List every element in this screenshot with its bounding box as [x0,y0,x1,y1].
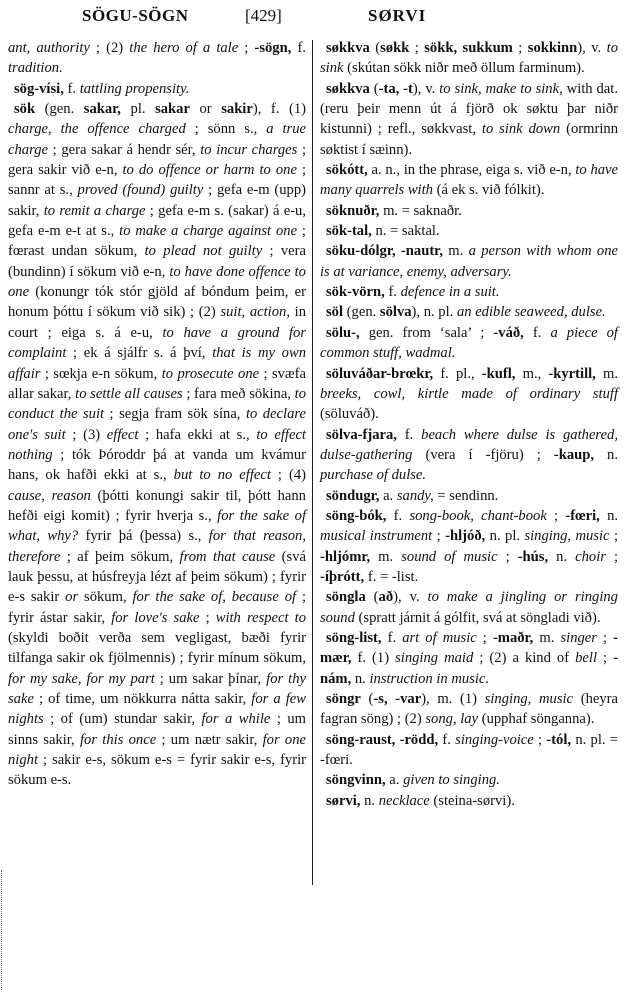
dictionary-entry: sök-vörn, f. defence in a suit. [320,282,618,302]
dictionary-entry: söng-raust, -rödd, f. singing-voice ; -t… [320,730,618,771]
dictionary-entry: söng-bók, f. song-book, chant-book ; -fœ… [320,506,618,587]
dictionary-entry: søkkva (søkk ; sökk, sukkum ; sokkinn), … [320,38,618,79]
dictionary-entry: söng-list, f. art of music ; -maðr, m. s… [320,628,618,689]
dictionary-entry: söngla (að), v. to make a jingling or ri… [320,587,618,628]
column-divider [312,40,313,885]
dictionary-entry: sökótt, a. n., in the phrase, eiga s. vi… [320,160,618,201]
dictionary-entry: söngvinn, a. given to singing. [320,770,618,790]
dictionary-entry: sölva-fjara, f. beach where dulse is gat… [320,425,618,486]
dictionary-entry: söndugr, a. sandy, = sendinn. [320,486,618,506]
dictionary-entry: sørvi, n. necklace (steina-sørvi). [320,791,618,811]
dictionary-entry: sök-tal, n. = saktal. [320,221,618,241]
right-column: søkkva (søkk ; sökk, sukkum ; sokkinn), … [320,38,618,811]
right-guideword: SØRVI [368,6,426,26]
dictionary-entry: söl (gen. sölva), n. pl. an edible seawe… [320,302,618,322]
page-header: SÖGU-SÖGN [429] SØRVI [0,6,625,32]
page-number: [429] [245,6,282,26]
left-guideword: SÖGU-SÖGN [82,6,189,26]
dictionary-entry: sök (gen. sakar, pl. sakar or sakir), f.… [8,99,306,791]
margin-marks [1,870,4,990]
dictionary-entry: sölu-, gen. from ‘sala’ ; -váð, f. a pie… [320,323,618,364]
dictionary-entry: sög-vísi, f. tattling propensity. [8,79,306,99]
dictionary-entry: söluváðar-brœkr, f. pl., -kufl, m., -kyr… [320,364,618,425]
dictionary-entry: søkkva (-ta, -t), v. to sink, make to si… [320,79,618,160]
dictionary-entry: söngr (-s, -var), m. (1) singing, music … [320,689,618,730]
left-column: ant, authority ; (2) the hero of a tale … [8,38,306,791]
dictionary-entry: söku-dólgr, -nautr, m. a person with who… [320,241,618,282]
dictionary-entry: söknuðr, m. = saknaðr. [320,201,618,221]
dictionary-entry: ant, authority ; (2) the hero of a tale … [8,38,306,79]
